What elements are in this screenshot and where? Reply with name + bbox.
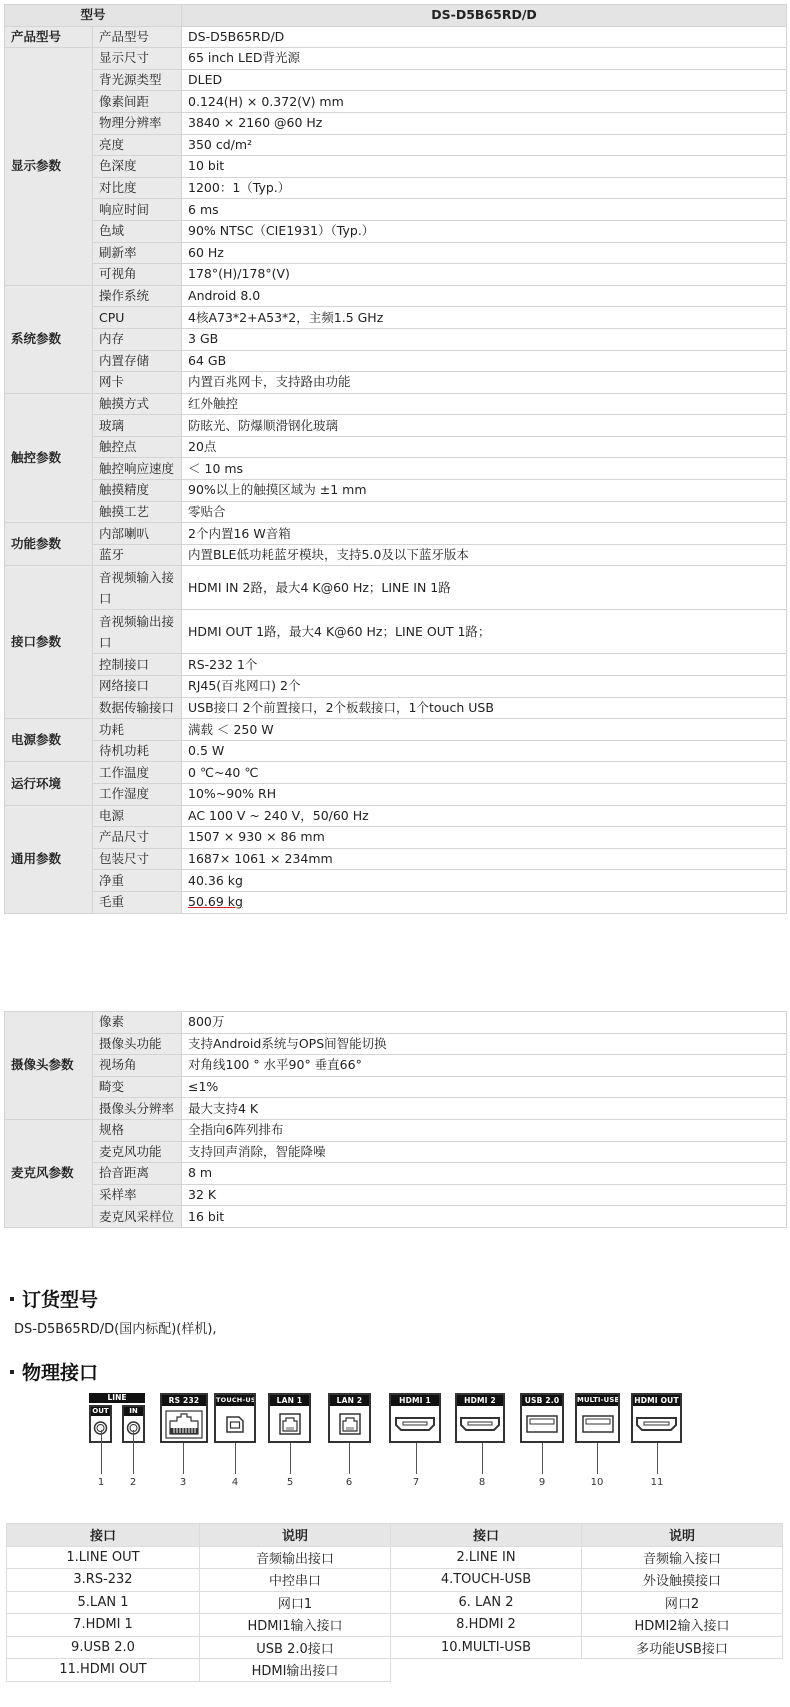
spec-item: 像素间距: [93, 91, 182, 113]
spec-row: 麦克风参数 规格 全指向6阵列排布: [5, 1119, 787, 1141]
line-out-label: OUT: [91, 1407, 110, 1416]
table-row: 9.USB 2.0 USB 2.0接口 10.MULTI-USB 多功能USB接…: [7, 1636, 783, 1659]
spec-row: 物理分辨率3840 × 2160 @60 Hz: [5, 112, 787, 134]
spec-item: 摄像头功能: [93, 1033, 182, 1055]
header-interface: 接口: [391, 1524, 582, 1547]
spec-header-row: 型号 DS-D5B65RD/D: [5, 5, 787, 27]
order-model-text: DS-D5B65RD/D(国内标配)(样机),: [14, 1318, 217, 1337]
spec-value: DS-D5B65RD/D: [182, 26, 787, 48]
leader-line: [101, 1430, 102, 1474]
spec-table-camera-mic: 摄像头参数 像素 800万 摄像头功能支持Android系统与OPS间智能切换 …: [4, 1011, 787, 1228]
interface-cell: 10.MULTI-USB: [391, 1636, 582, 1659]
spec-item: 触摸精度: [93, 480, 182, 502]
hdmi-out-label: HDMI OUT: [633, 1395, 680, 1406]
header-interface: 接口: [7, 1524, 200, 1547]
spec-row: 麦克风功能支持回声消除，智能降噪: [5, 1141, 787, 1163]
spec-item: 背光源类型: [93, 69, 182, 91]
interface-cell: 6. LAN 2: [391, 1591, 582, 1614]
empty-cell: [391, 1659, 582, 1682]
spec-item: 内部喇叭: [93, 523, 182, 545]
spec-row: 内存3 GB: [5, 328, 787, 350]
spec-item: 包装尺寸: [93, 848, 182, 870]
spec-row: 触摸精度90%以上的触摸区域为 ±1 mm: [5, 480, 787, 502]
leader-line: [482, 1443, 483, 1474]
spec-row: 对比度1200：1（Typ.）: [5, 177, 787, 199]
spec-header-model-label: 型号: [5, 5, 182, 27]
category-power: 电源参数: [5, 719, 93, 762]
leader-line: [542, 1443, 543, 1474]
spec-value: 防眩光、防爆顺滑钢化玻璃: [182, 415, 787, 437]
spec-item: 音视频输出接口: [93, 610, 182, 654]
spec-row: 通用参数 电源 AC 100 V ~ 240 V，50/60 Hz: [5, 805, 787, 827]
spec-value: 最大支持4 K: [182, 1098, 787, 1120]
spec-row: 显示参数 显示尺寸 65 inch LED背光源: [5, 48, 787, 70]
category-microphone: 麦克风参数: [5, 1119, 93, 1227]
order-title-text: 订货型号: [22, 1289, 98, 1311]
port-number: 4: [225, 1477, 245, 1488]
spec-row: 蓝牙内置BLE低功耗蓝牙模块，支持5.0及以下蓝牙版本: [5, 544, 787, 566]
spec-row: 麦克风采样位16 bit: [5, 1206, 787, 1228]
description-cell: 外设触摸接口: [582, 1569, 783, 1592]
category-interface: 接口参数: [5, 566, 93, 719]
line-in-label: IN: [124, 1407, 143, 1416]
spec-value: 6 ms: [182, 199, 787, 221]
gross-weight-value: 50.69 kg: [188, 894, 243, 909]
spec-value: 内置百兆网卡，支持路由功能: [182, 372, 787, 394]
port-number: 3: [173, 1477, 193, 1488]
port-number: 10: [587, 1477, 607, 1488]
spec-row: 控制接口RS-232 1个: [5, 654, 787, 676]
spec-row: 网络接口RJ45(百兆网口) 2个: [5, 676, 787, 698]
spec-row: 触控参数 触摸方式 红外触控: [5, 393, 787, 415]
spec-item: 蓝牙: [93, 544, 182, 566]
spec-item: 功耗: [93, 719, 182, 741]
spec-value: 65 inch LED背光源: [182, 48, 787, 70]
port-number: 8: [472, 1477, 492, 1488]
category-function: 功能参数: [5, 523, 93, 566]
spec-value: USB接口 2个前置接口，2个板载接口，1个touch USB: [182, 697, 787, 719]
leader-line: [657, 1443, 658, 1474]
leader-line: [416, 1443, 417, 1474]
description-cell: HDMI2输入接口: [582, 1614, 783, 1637]
lan1-label: LAN 1: [270, 1395, 309, 1406]
spec-value: AC 100 V ~ 240 V，50/60 Hz: [182, 805, 787, 827]
spec-row: 触控响应速度＜ 10 ms: [5, 458, 787, 480]
table-row: 11.HDMI OUT HDMI输出接口: [7, 1659, 783, 1682]
usb-a-port-icon: [523, 1413, 561, 1435]
hdmi-out-port: HDMI OUT: [631, 1393, 682, 1443]
hdmi-port-icon: [634, 1414, 679, 1434]
spec-item: 音视频输入接口: [93, 566, 182, 610]
spec-value: 1687× 1061 × 234mm: [182, 848, 787, 870]
leader-line: [183, 1443, 184, 1474]
spec-value: 对角线100 ° 水平90° 垂直66°: [182, 1055, 787, 1077]
spec-row: 背光源类型DLED: [5, 69, 787, 91]
description-cell: HDMI1输入接口: [200, 1614, 391, 1637]
order-section-title: 订货型号: [10, 1285, 98, 1312]
spec-row: 网卡内置百兆网卡，支持路由功能: [5, 372, 787, 394]
lan1-port: LAN 1: [268, 1393, 311, 1443]
header-description: 说明: [200, 1524, 391, 1547]
spec-value: 90%以上的触摸区域为 ±1 mm: [182, 480, 787, 502]
leader-line: [597, 1443, 598, 1474]
spec-item: 产品型号: [93, 26, 182, 48]
spec-item: 净重: [93, 870, 182, 892]
spec-value: Android 8.0: [182, 285, 787, 307]
spec-row: 包装尺寸1687× 1061 × 234mm: [5, 848, 787, 870]
spec-item: 麦克风采样位: [93, 1206, 182, 1228]
spec-value: 全指向6阵列排布: [182, 1119, 787, 1141]
leader-line: [349, 1443, 350, 1474]
spec-row: 刷新率60 Hz: [5, 242, 787, 264]
description-cell: 音频输出接口: [200, 1546, 391, 1569]
hdmi-port-icon: [392, 1414, 438, 1434]
spec-row: 像素间距0.124(H) × 0.372(V) mm: [5, 91, 787, 113]
spec-item: 工作温度: [93, 762, 182, 784]
spec-value: 支持Android系统与OPS间智能切换: [182, 1033, 787, 1055]
spec-item: 摄像头分辨率: [93, 1098, 182, 1120]
spec-item: 网络接口: [93, 676, 182, 698]
hdmi1-port: HDMI 1: [389, 1393, 441, 1443]
spec-item: 玻璃: [93, 415, 182, 437]
spec-row: 系统参数 操作系统 Android 8.0: [5, 285, 787, 307]
table-row: 3.RS-232 中控串口 4.TOUCH-USB 外设触摸接口: [7, 1569, 783, 1592]
port-number: 7: [406, 1477, 426, 1488]
hdmi2-port: HDMI 2: [455, 1393, 505, 1443]
spec-value: ＜ 10 ms: [182, 458, 787, 480]
spec-value: 0.5 W: [182, 740, 787, 762]
spec-row: 畸变≤1%: [5, 1076, 787, 1098]
spec-value: HDMI IN 2路，最大4 K@60 Hz；LINE IN 1路: [182, 566, 787, 610]
spec-item: 畸变: [93, 1076, 182, 1098]
rs232-port: RS 232: [160, 1393, 208, 1443]
spec-value: 3840 × 2160 @60 Hz: [182, 112, 787, 134]
interface-cell: 7.HDMI 1: [7, 1614, 200, 1637]
interface-table: 接口 说明 接口 说明 1.LINE OUT 音频输出接口 2.LINE IN …: [6, 1523, 783, 1682]
hdmi1-label: HDMI 1: [391, 1395, 439, 1406]
spec-item: 数据传输接口: [93, 697, 182, 719]
spec-value: 178°(H)/178°(V): [182, 264, 787, 286]
usb2-port: USB 2.0: [520, 1393, 564, 1443]
spec-item: 操作系统: [93, 285, 182, 307]
touch-usb-port: TOUCH-USB: [214, 1393, 256, 1443]
spec-value: 60 Hz: [182, 242, 787, 264]
spec-value: HDMI OUT 1路，最大4 K@60 Hz；LINE OUT 1路；: [182, 610, 787, 654]
table-row: 5.LAN 1 网口1 6. LAN 2 网口2: [7, 1591, 783, 1614]
hdmi-port-icon: [458, 1414, 502, 1434]
spec-value: 16 bit: [182, 1206, 787, 1228]
description-cell: 音频输入接口: [582, 1546, 783, 1569]
spec-row: 响应时间6 ms: [5, 199, 787, 221]
interface-cell: 11.HDMI OUT: [7, 1659, 200, 1682]
spec-row: 毛重50.69 kg: [5, 891, 787, 913]
spec-value: 红外触控: [182, 393, 787, 415]
port-number: 2: [123, 1477, 143, 1488]
spec-value: 10%~90% RH: [182, 784, 787, 806]
empty-cell: [582, 1659, 783, 1682]
bullet-icon: [10, 1370, 14, 1374]
category-environment: 运行环境: [5, 762, 93, 805]
port-number: 1: [91, 1477, 111, 1488]
spec-item: 麦克风功能: [93, 1141, 182, 1163]
usb-b-port-icon: [222, 1412, 248, 1436]
spec-value: 3 GB: [182, 328, 787, 350]
spec-item: 刷新率: [93, 242, 182, 264]
spec-value: 内置BLE低功耗蓝牙模块，支持5.0及以下蓝牙版本: [182, 544, 787, 566]
description-cell: 网口1: [200, 1591, 391, 1614]
spec-value: 20点: [182, 436, 787, 458]
spec-value: 0.124(H) × 0.372(V) mm: [182, 91, 787, 113]
multi-usb-port: MULTI-USB: [575, 1393, 620, 1443]
spec-item: 采样率: [93, 1184, 182, 1206]
spec-row: 净重40.36 kg: [5, 870, 787, 892]
spec-header-model-value: DS-D5B65RD/D: [182, 5, 787, 27]
rj45-port-icon: [164, 1408, 204, 1440]
spec-value: 1200：1（Typ.）: [182, 177, 787, 199]
spec-value: 零贴合: [182, 501, 787, 523]
spec-row: 触摸工艺零贴合: [5, 501, 787, 523]
spec-item: 控制接口: [93, 654, 182, 676]
spec-item: 像素: [93, 1012, 182, 1034]
spec-row: 摄像头参数 像素 800万: [5, 1012, 787, 1034]
description-cell: USB 2.0接口: [200, 1636, 391, 1659]
spec-item: 工作湿度: [93, 784, 182, 806]
spec-row: 拾音距离8 m: [5, 1163, 787, 1185]
spec-value: DLED: [182, 69, 787, 91]
rs232-label: RS 232: [162, 1395, 206, 1406]
category-camera: 摄像头参数: [5, 1012, 93, 1120]
spec-item: 可视角: [93, 264, 182, 286]
spec-item: 触摸工艺: [93, 501, 182, 523]
spec-value: 50.69 kg: [182, 891, 787, 913]
category-system: 系统参数: [5, 285, 93, 393]
port-number: 6: [339, 1477, 359, 1488]
description-cell: 中控串口: [200, 1569, 391, 1592]
spec-row: 数据传输接口USB接口 2个前置接口，2个板载接口，1个touch USB: [5, 697, 787, 719]
interface-cell: 1.LINE OUT: [7, 1546, 200, 1569]
spec-item: 物理分辨率: [93, 112, 182, 134]
spec-value: RJ45(百兆网口) 2个: [182, 676, 787, 698]
spec-value: 0 ℃~40 ℃: [182, 762, 787, 784]
spec-item: 亮度: [93, 134, 182, 156]
spec-row: 产品型号 产品型号 DS-D5B65RD/D: [5, 26, 787, 48]
interface-cell: 5.LAN 1: [7, 1591, 200, 1614]
spec-value: 40.36 kg: [182, 870, 787, 892]
spec-row: 采样率32 K: [5, 1184, 787, 1206]
spec-row: 摄像头功能支持Android系统与OPS间智能切换: [5, 1033, 787, 1055]
spec-item: 待机功耗: [93, 740, 182, 762]
spec-item: 内置存储: [93, 350, 182, 372]
spec-item: 网卡: [93, 372, 182, 394]
table-row: 1.LINE OUT 音频输出接口 2.LINE IN 音频输入接口: [7, 1546, 783, 1569]
spec-row: 功能参数 内部喇叭 2个内置16 W音箱: [5, 523, 787, 545]
spec-item: 对比度: [93, 177, 182, 199]
category-product-model: 产品型号: [5, 26, 93, 48]
port-number: 5: [280, 1477, 300, 1488]
line-port-group: LINE OUT IN: [89, 1393, 145, 1443]
spec-value: 10 bit: [182, 156, 787, 178]
usb-a-port-icon: [579, 1413, 617, 1435]
spec-row: CPU4核A73*2+A53*2，主频1.5 GHz: [5, 307, 787, 329]
spec-row: 玻璃防眩光、防爆顺滑钢化玻璃: [5, 415, 787, 437]
spec-item: 触摸方式: [93, 393, 182, 415]
spec-value: 8 m: [182, 1163, 787, 1185]
interface-cell: 3.RS-232: [7, 1569, 200, 1592]
ethernet-port-icon: [276, 1410, 304, 1438]
spec-value: 64 GB: [182, 350, 787, 372]
table-row: 7.HDMI 1 HDMI1输入接口 8.HDMI 2 HDMI2输入接口: [7, 1614, 783, 1637]
spec-item: CPU: [93, 307, 182, 329]
bullet-icon: [10, 1297, 14, 1301]
leader-line: [133, 1430, 134, 1474]
spec-value: 800万: [182, 1012, 787, 1034]
description-cell: HDMI输出接口: [200, 1659, 391, 1682]
line-group-label: LINE: [89, 1393, 145, 1403]
lan2-label: LAN 2: [330, 1395, 369, 1406]
spec-row: 摄像头分辨率最大支持4 K: [5, 1098, 787, 1120]
category-display: 显示参数: [5, 48, 93, 286]
interface-cell: 2.LINE IN: [391, 1546, 582, 1569]
spec-row: 工作湿度10%~90% RH: [5, 784, 787, 806]
spec-item: 视场角: [93, 1055, 182, 1077]
spec-value: RS-232 1个: [182, 654, 787, 676]
spec-row: 内置存储64 GB: [5, 350, 787, 372]
spec-item: 色深度: [93, 156, 182, 178]
spec-value: 1507 × 930 × 86 mm: [182, 827, 787, 849]
spec-row: 电源参数 功耗 满载 ＜ 250 W: [5, 719, 787, 741]
spec-row: 亮度350 cd/m²: [5, 134, 787, 156]
spec-value: 32 K: [182, 1184, 787, 1206]
lan2-port: LAN 2: [328, 1393, 371, 1443]
hdmi2-label: HDMI 2: [457, 1395, 503, 1406]
spec-row: 色域90% NTSC（CIE1931）（Typ.）: [5, 220, 787, 242]
spec-value: 90% NTSC（CIE1931）（Typ.）: [182, 220, 787, 242]
spec-table: 型号 DS-D5B65RD/D 产品型号 产品型号 DS-D5B65RD/D 显…: [4, 4, 787, 914]
category-general: 通用参数: [5, 805, 93, 913]
spec-item: 显示尺寸: [93, 48, 182, 70]
spec-row: 色深度10 bit: [5, 156, 787, 178]
spec-value: ≤1%: [182, 1076, 787, 1098]
leader-line: [235, 1443, 236, 1474]
spec-row: 音视频输出接口HDMI OUT 1路，最大4 K@60 Hz；LINE OUT …: [5, 610, 787, 654]
interface-header-row: 接口 说明 接口 说明: [7, 1524, 783, 1547]
spec-value: 4核A73*2+A53*2，主频1.5 GHz: [182, 307, 787, 329]
spec-item: 色域: [93, 220, 182, 242]
description-cell: 网口2: [582, 1591, 783, 1614]
spec-item: 规格: [93, 1119, 182, 1141]
spec-item: 拾音距离: [93, 1163, 182, 1185]
spec-item: 触控响应速度: [93, 458, 182, 480]
touch-usb-label: TOUCH-USB: [216, 1395, 254, 1406]
spec-item: 响应时间: [93, 199, 182, 221]
interface-cell: 8.HDMI 2: [391, 1614, 582, 1637]
port-number: 11: [647, 1477, 667, 1488]
header-description: 说明: [582, 1524, 783, 1547]
spec-row: 待机功耗0.5 W: [5, 740, 787, 762]
spec-row: 运行环境 工作温度 0 ℃~40 ℃: [5, 762, 787, 784]
spec-item: 毛重: [93, 891, 182, 913]
spec-item: 电源: [93, 805, 182, 827]
spec-row: 产品尺寸1507 × 930 × 86 mm: [5, 827, 787, 849]
spec-item: 产品尺寸: [93, 827, 182, 849]
spec-item: 内存: [93, 328, 182, 350]
interface-cell: 9.USB 2.0: [7, 1636, 200, 1659]
category-touch: 触控参数: [5, 393, 93, 523]
description-cell: 多功能USB接口: [582, 1636, 783, 1659]
spec-row: 接口参数 音视频输入接口 HDMI IN 2路，最大4 K@60 Hz；LINE…: [5, 566, 787, 610]
spec-row: 触控点20点: [5, 436, 787, 458]
spec-value: 350 cd/m²: [182, 134, 787, 156]
spec-value: 满载 ＜ 250 W: [182, 719, 787, 741]
leader-line: [290, 1443, 291, 1474]
interface-cell: 4.TOUCH-USB: [391, 1569, 582, 1592]
usb2-label: USB 2.0: [522, 1395, 562, 1406]
spec-value: 2个内置16 W音箱: [182, 523, 787, 545]
multi-usb-label: MULTI-USB: [577, 1395, 618, 1406]
spec-item: 触控点: [93, 436, 182, 458]
ethernet-port-icon: [336, 1410, 364, 1438]
spec-value: 支持回声消除，智能降噪: [182, 1141, 787, 1163]
port-number: 9: [532, 1477, 552, 1488]
spec-row: 视场角对角线100 ° 水平90° 垂直66°: [5, 1055, 787, 1077]
spec-row: 可视角178°(H)/178°(V): [5, 264, 787, 286]
port-diagram: LINE OUT IN RS 232 TOUCH-USB LAN 1 LAN 2…: [0, 1380, 790, 1490]
